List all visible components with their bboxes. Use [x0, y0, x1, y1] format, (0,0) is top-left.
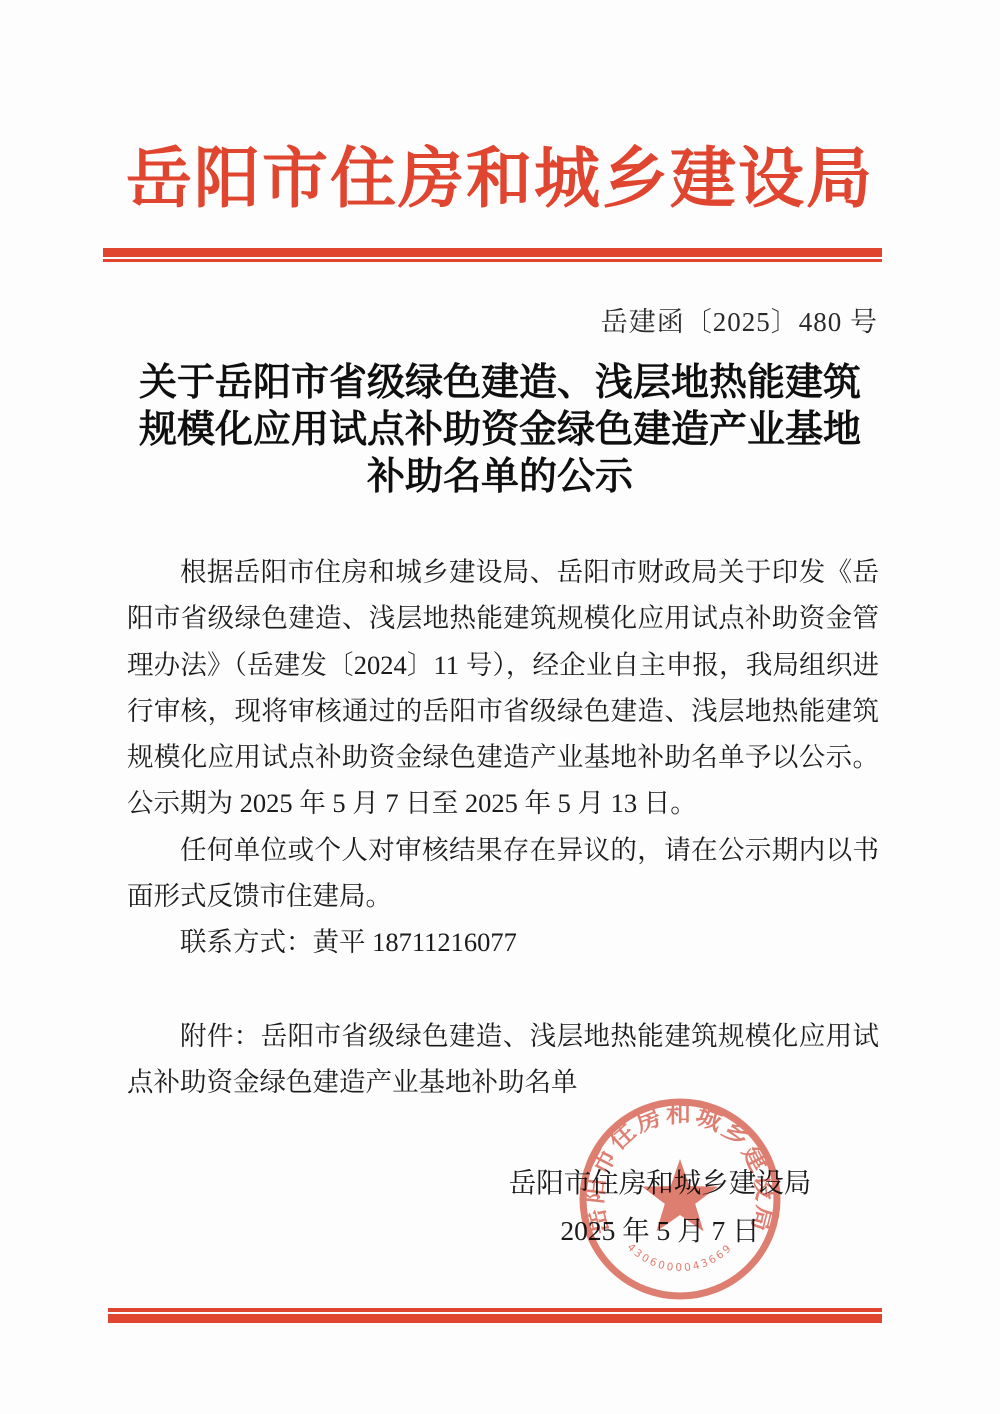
body-paragraph-2: 任何单位或个人对审核结果存在异议的，请在公示期内以书面形式反馈市住建局。	[127, 827, 879, 920]
document-number: 岳建函〔2025〕480 号	[601, 304, 878, 340]
contact-line: 联系方式：黄平 18711216077	[127, 919, 879, 965]
letterhead-divider-line	[103, 248, 882, 262]
document-title-line-1: 关于岳阳市省级绿色建造、浅层地热能建筑	[0, 360, 1000, 407]
seal-serial-number: 4306000043669	[625, 1241, 736, 1274]
attachment-line: 附件：岳阳市省级绿色建造、浅层地热能建筑规模化应用试点补助资金绿色建造产业基地补…	[127, 1013, 879, 1106]
document-title-line-3: 补助名单的公示	[0, 454, 1000, 501]
document-title: 关于岳阳市省级绿色建造、浅层地热能建筑 规模化应用试点补助资金绿色建造产业基地 …	[0, 360, 1000, 501]
svg-text:4306000043669: 4306000043669	[625, 1241, 736, 1274]
footer-divider-line	[108, 1308, 882, 1323]
document-title-line-2: 规模化应用试点补助资金绿色建造产业基地	[0, 407, 1000, 454]
body-paragraph-1: 根据岳阳市住房和城乡建设局、岳阳市财政局关于印发《岳阳市省级绿色建造、浅层地热能…	[127, 549, 879, 827]
document-body: 根据岳阳市住房和城乡建设局、岳阳市财政局关于印发《岳阳市省级绿色建造、浅层地热能…	[127, 549, 879, 1105]
official-seal-stamp: 岳阳市住房和城乡建设局 4306000043669	[574, 1093, 786, 1305]
document-page: 岳阳市住房和城乡建设局 岳建函〔2025〕480 号 关于岳阳市省级绿色建造、浅…	[0, 0, 1000, 1414]
letterhead-org-name: 岳阳市住房和城乡建设局	[0, 128, 1000, 232]
seal-star-icon	[642, 1159, 718, 1231]
